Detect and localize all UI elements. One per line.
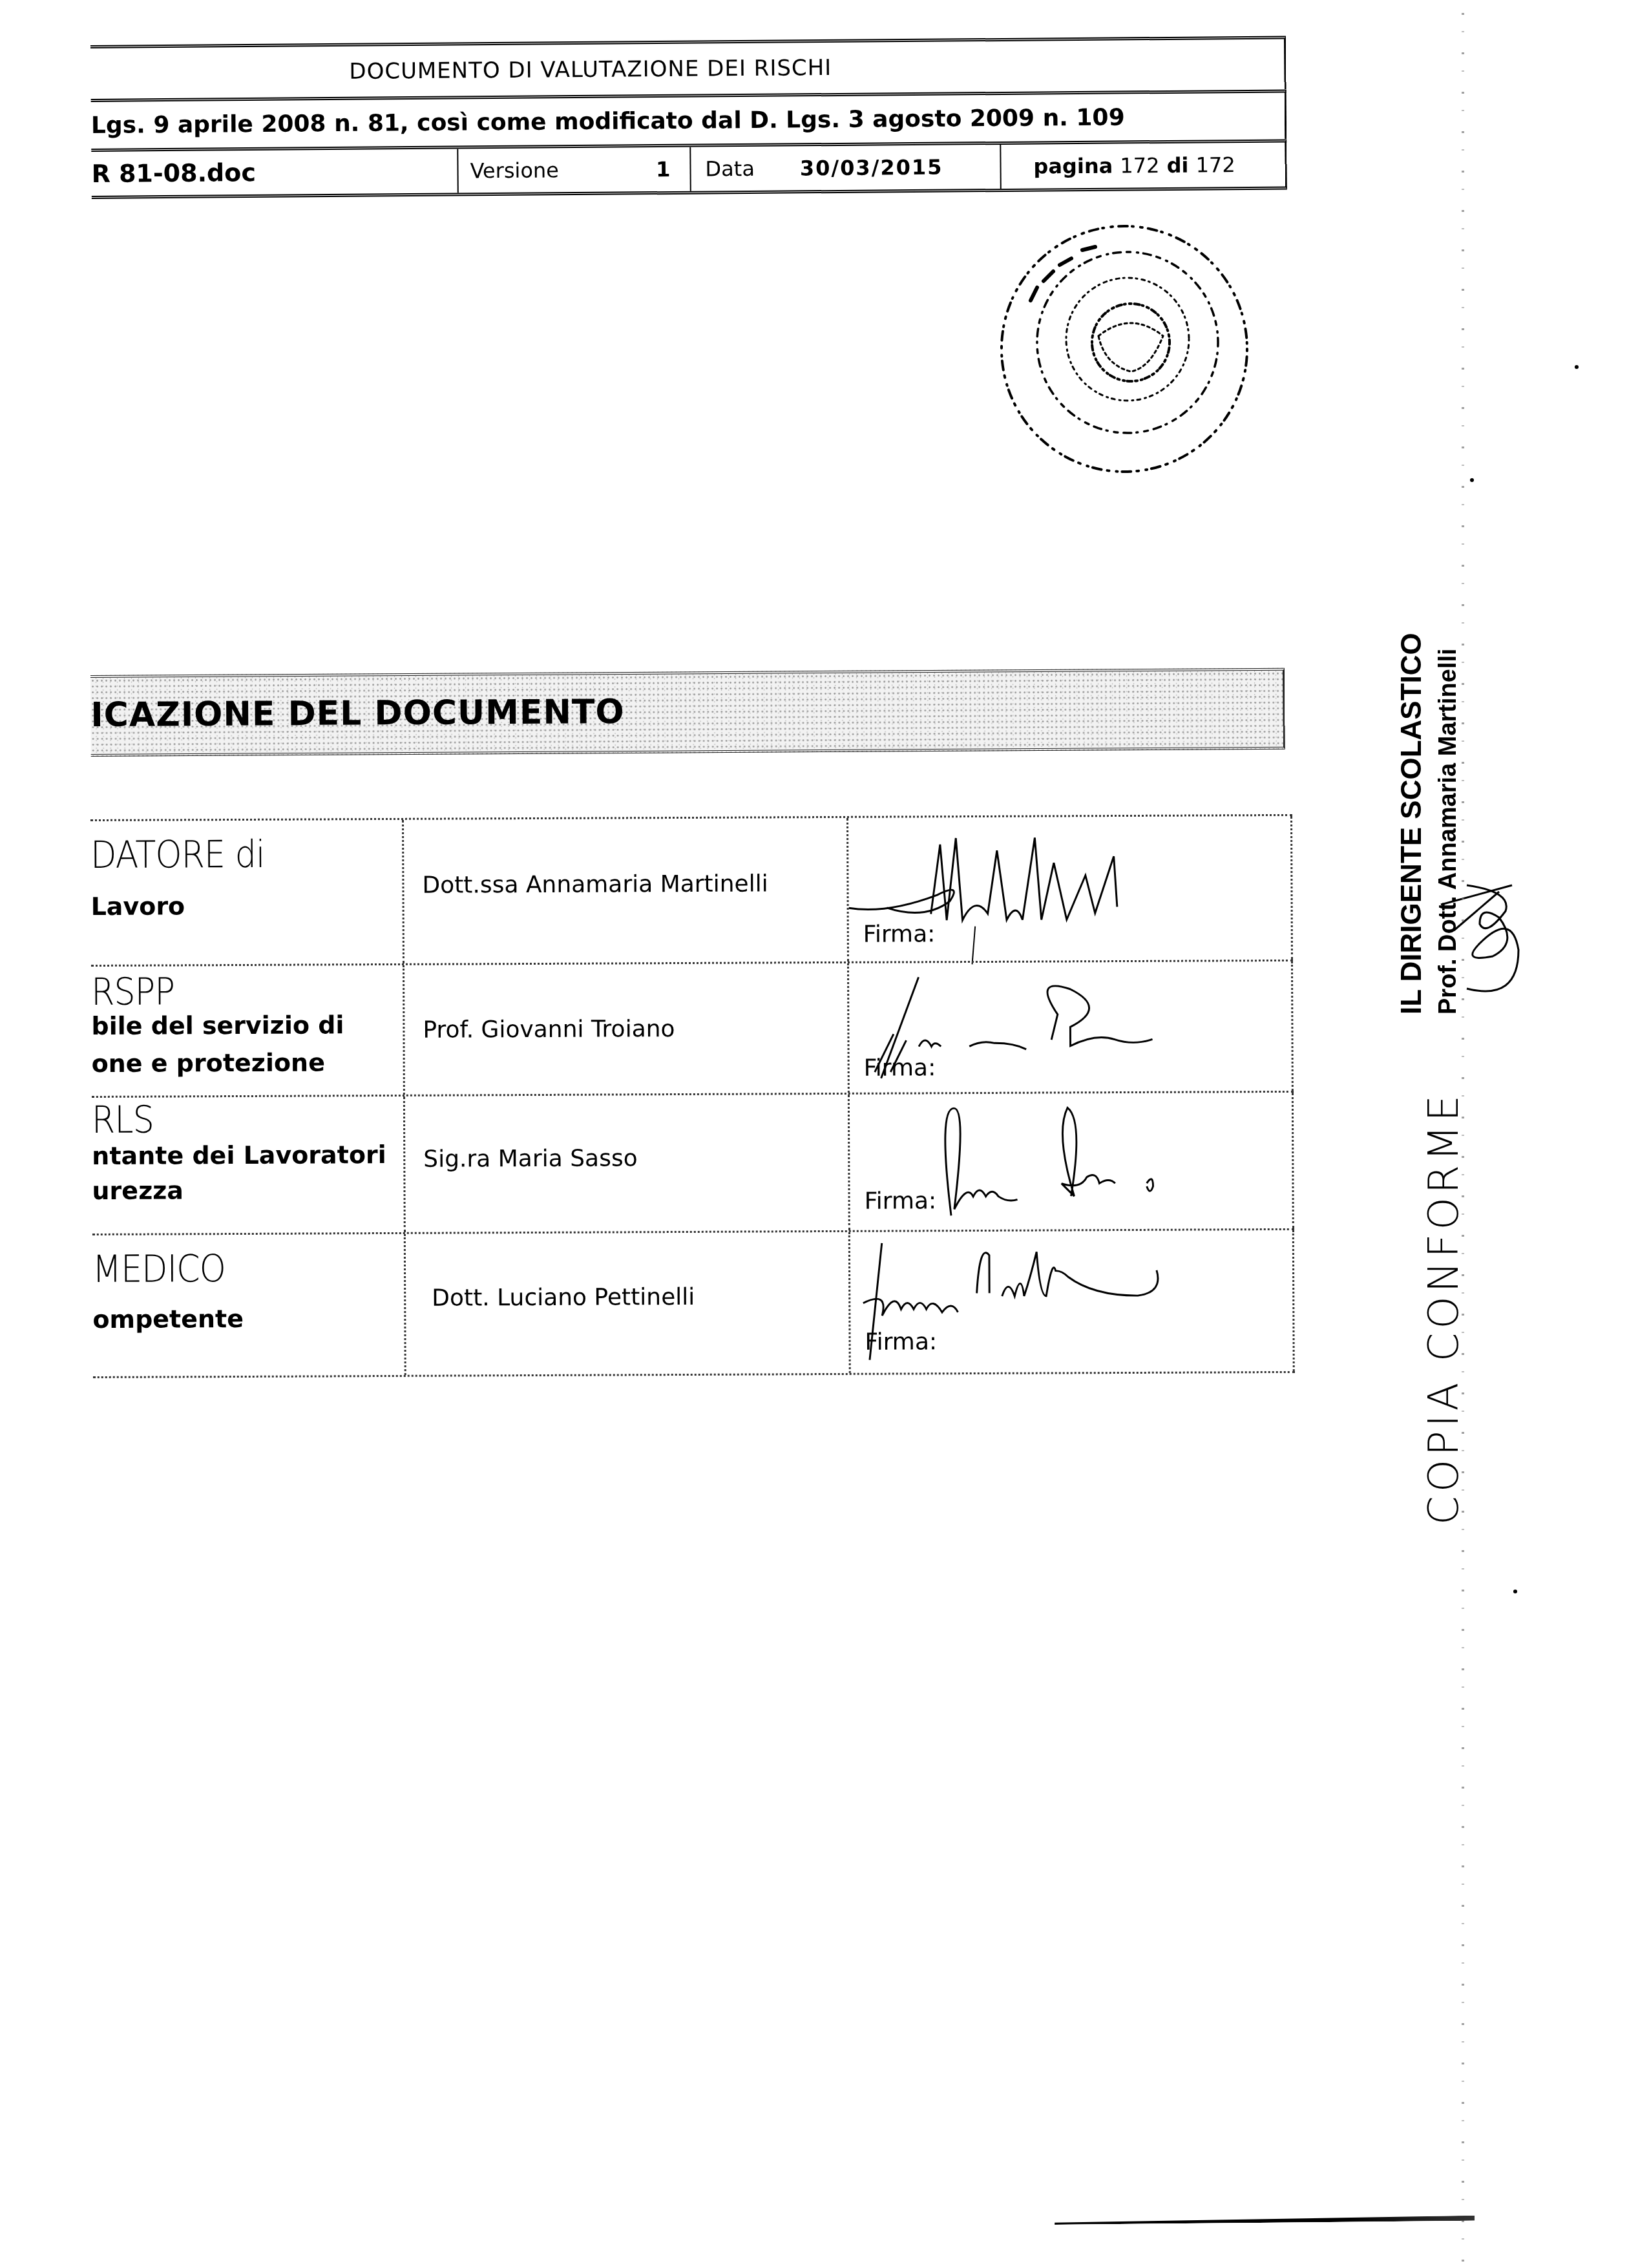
signature-cell[interactable]: Firma: [850, 1093, 1294, 1230]
stamp-signature-icon [1428, 859, 1531, 1002]
date-cell: Data 30/03/2015 [691, 145, 1002, 191]
role-label: urezza [92, 1176, 184, 1205]
sign-label: Firma: [864, 1055, 936, 1081]
person-name-cell: Dott.ssa Annamaria Martinelli [404, 818, 849, 963]
sign-label: Firma: [865, 1188, 937, 1214]
scan-speck [1513, 1590, 1517, 1593]
role-cell: DATORE di Lavoro [90, 820, 404, 965]
person-name-cell: Prof. Giovanni Troiano [404, 963, 850, 1095]
scan-speck [1575, 365, 1579, 369]
sign-label: Firma: [863, 921, 936, 947]
law-reference: Lgs. 9 aprile 2008 n. 81, così come modi… [91, 104, 1125, 139]
handwritten-role: MEDICO [92, 1246, 226, 1291]
role-label: bile del servizio di [91, 1011, 344, 1040]
document-title: DOCUMENTO DI VALUTAZIONE DEI RISCHI [349, 55, 832, 85]
scan-bottom-line [1055, 2216, 1475, 2225]
copy-conform-note: COPIA CONFORME [1405, 1047, 1483, 1525]
page-current: 172 [1120, 153, 1159, 178]
handwritten-role: DATORE di [90, 832, 265, 877]
page-total: 172 [1195, 152, 1235, 177]
role-cell: MEDICO ompetente [92, 1234, 406, 1376]
file-name-cell: R 81-08.doc [91, 149, 459, 196]
file-name: R 81-08.doc [91, 158, 256, 188]
signatures-table: DATORE di Lavoro Dott.ssa Annamaria Mart… [90, 814, 1295, 1378]
role-label: ompetente [92, 1305, 244, 1334]
signature-row: DATORE di Lavoro Dott.ssa Annamaria Mart… [90, 814, 1293, 965]
section-title-band: ICAZIONE DEL DOCUMENTO [90, 668, 1285, 757]
header-meta-row: R 81-08.doc Versione 1 Data 30/03/2015 p… [91, 139, 1287, 199]
header-title-row: DOCUMENTO DI VALUTAZIONE DEI RISCHI [90, 36, 1287, 99]
header-law-row: Lgs. 9 aprile 2008 n. 81, così come modi… [91, 89, 1287, 149]
sign-label: Firma: [865, 1328, 937, 1355]
version-label: Versione [470, 158, 559, 183]
official-seal-icon [992, 210, 1276, 494]
signature-row: RSPP bile del servizio di one e protezio… [91, 960, 1294, 1096]
version-cell: Versione 1 [458, 147, 691, 193]
person-name: Dott. Luciano Pettinelli [432, 1283, 695, 1311]
role-label: Lavoro [90, 892, 185, 921]
handwritten-role: RLS [92, 1098, 154, 1142]
person-name-cell: Dott. Luciano Pettinelli [406, 1232, 851, 1375]
scan-edge-artifact [1462, 13, 1464, 2262]
role-cell: RSPP bile del servizio di one e protezio… [91, 965, 405, 1096]
person-name: Sig.ra Maria Sasso [423, 1145, 638, 1172]
version-value: 1 [656, 157, 671, 182]
page-label: pagina [1033, 154, 1113, 179]
person-name: Prof. Giovanni Troiano [423, 1016, 675, 1044]
role-label: one e protezione [92, 1048, 325, 1078]
date-label: Data [705, 156, 755, 182]
page-of: di [1166, 153, 1188, 178]
page-number-cell: pagina 172 di 172 [1001, 142, 1285, 188]
signature-cell[interactable]: Firma: [849, 961, 1294, 1093]
handwritten-note: COPIA CONFORME [1420, 1091, 1468, 1525]
scan-speck [1470, 478, 1474, 482]
section-title: ICAZIONE DEL DOCUMENTO [90, 693, 625, 735]
scanned-page: DOCUMENTO DI VALUTAZIONE DEI RISCHI Lgs.… [0, 0, 1649, 2268]
person-name: Dott.ssa Annamaria Martinelli [422, 870, 768, 898]
stamp-title: IL DIRIGENTE SCOLASTICO [1396, 633, 1428, 1014]
role-label: ntante dei Lavoratori [92, 1140, 386, 1170]
signature-row: RLS ntante dei Lavoratori urezza Sig.ra … [92, 1091, 1294, 1234]
signature-row: MEDICO ompetente Dott. Luciano Pettinell… [92, 1228, 1295, 1378]
handwritten-role: RSPP [91, 969, 174, 1014]
role-cell: RLS ntante dei Lavoratori urezza [92, 1097, 406, 1234]
signature-cell[interactable]: Firma: [850, 1230, 1295, 1373]
headmaster-stamp: IL DIRIGENTE SCOLASTICO Prof. Dott. Anna… [1389, 659, 1531, 1021]
document-header-table: DOCUMENTO DI VALUTAZIONE DEI RISCHI Lgs.… [90, 36, 1287, 199]
signature-cell[interactable]: Firma: [848, 816, 1293, 961]
date-value: 30/03/2015 [800, 155, 943, 181]
person-name-cell: Sig.ra Maria Sasso [405, 1095, 850, 1232]
